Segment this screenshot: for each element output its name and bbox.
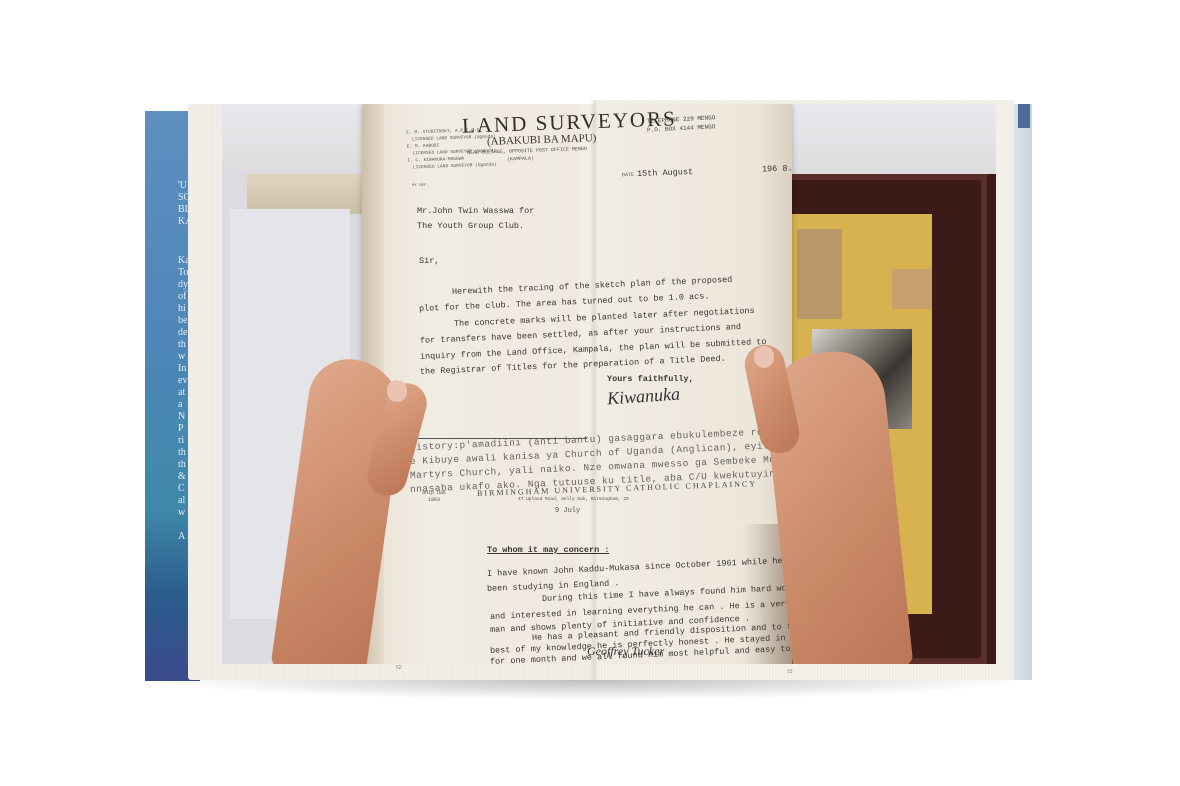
left-thumbnail: [387, 380, 407, 402]
letter-closing: Yours faithfully,: [607, 374, 694, 384]
letterhead-city: (KAMPALA): [507, 156, 534, 163]
salutation: Sir,: [419, 256, 439, 266]
letterhead-ref: MY REF.: [412, 184, 429, 188]
letter-year: 196 8.: [762, 163, 793, 174]
second-letter-signature: Geoffrey Tucker: [587, 644, 664, 659]
spread-photograph: LAND SURVEYORS (ABAKUBI BA MAPU) NEAR BU…: [222, 104, 996, 664]
newspaper-clipping-small: [892, 269, 932, 309]
right-thumbnail: [754, 346, 774, 368]
date-label: DATE: [622, 172, 634, 178]
second-letter-ref: Ship Oak 1963: [422, 490, 446, 504]
chaplaincy-address: 47 Upland Road, Selly Oak, Birmingham, 2…: [518, 497, 629, 502]
cover-right-tab: [1018, 104, 1030, 128]
letter-date: 15th August: [637, 167, 693, 179]
page-number-left: 52: [396, 665, 402, 671]
paper-bundle: [247, 174, 367, 214]
addressee-line-1: Mr.John Twin Wasswa for: [417, 206, 534, 216]
newspaper-clipping: [797, 229, 842, 319]
addressee-line-2: The Youth Group Club.: [417, 221, 524, 231]
book-gutter: [590, 100, 598, 680]
second-letter-date: 9 July: [555, 507, 580, 515]
letterhead-partners: E. M. STUDZINSKI, A.R.I.C.S. LICENSED LA…: [406, 126, 497, 171]
page-number-right: 53: [787, 669, 793, 675]
